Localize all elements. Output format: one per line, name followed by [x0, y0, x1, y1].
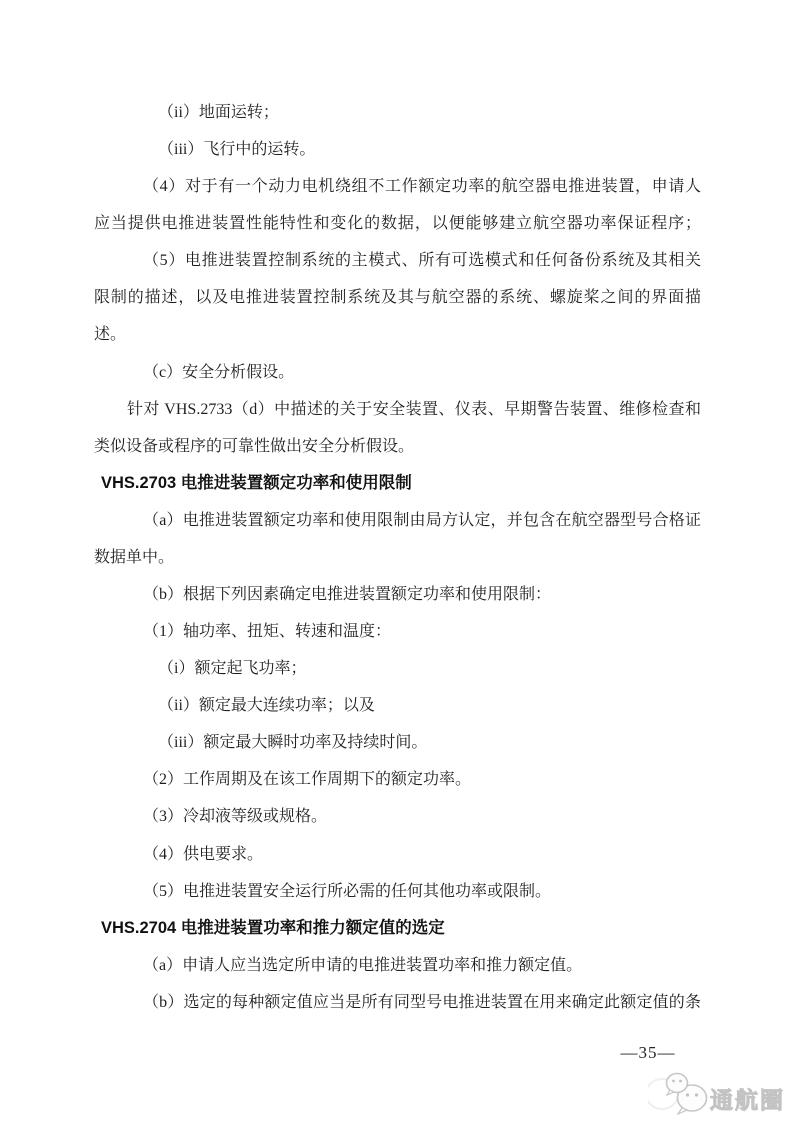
text-line: （b）选定的每种额定值应当是所有同型号电推进装置在用来确定此额定值的条 [94, 984, 701, 1021]
text-line: （iii）飞行中的运转。 [94, 131, 701, 168]
text-line: （ii）地面运转； [94, 94, 701, 131]
text-line: 述。 [94, 316, 701, 353]
text-line: （1）轴功率、扭矩、转速和温度： [94, 613, 701, 650]
text-line: （iii）额定最大瞬时功率及持续时间。 [94, 724, 701, 761]
text-line: 类似设备或程序的可靠性做出安全分析假设。 [94, 428, 701, 465]
chat-bubbles-icon [648, 1058, 710, 1120]
text-line: （c）安全分析假设。 [94, 354, 701, 391]
text-line: （i）额定起飞功率； [94, 650, 701, 687]
text-line: （ii）额定最大连续功率；以及 [94, 687, 701, 724]
text-line: 针对 VHS.2733（d）中描述的关于安全装置、仪表、早期警告装置、维修检查和 [94, 391, 701, 428]
section-heading: VHS.2703 电推进装置额定功率和使用限制 [94, 465, 701, 502]
text-line: （4）对于有一个动力电机绕组不工作额定功率的航空器电推进装置，申请人 [94, 168, 701, 205]
text-line: 限制的描述，以及电推进装置控制系统及其与航空器的系统、螺旋桨之间的界面描 [94, 279, 701, 316]
section-heading: VHS.2704 电推进装置功率和推力额定值的选定 [94, 910, 701, 947]
text-line: 数据单中。 [94, 539, 701, 576]
document-page: { "page": { "number_label": "—35—" }, "c… [0, 0, 800, 1131]
watermark-text: 通航圈 [710, 1082, 785, 1115]
text-line: （4）供电要求。 [94, 836, 701, 873]
text-line: （2）工作周期及在该工作周期下的额定功率。 [94, 761, 701, 798]
text-line: 应当提供电推进装置性能特性和变化的数据，以便能够建立航空器功率保证程序； [94, 205, 701, 242]
text-line: （3）冷却液等级或规格。 [94, 798, 701, 835]
document-body: （ii）地面运转；（iii）飞行中的运转。（4）对于有一个动力电机绕组不工作额定… [94, 94, 701, 1021]
text-line: （a）电推进装置额定功率和使用限制由局方认定，并包含在航空器型号合格证 [94, 502, 701, 539]
text-line: （b）根据下列因素确定电推进装置额定功率和使用限制： [94, 576, 701, 613]
watermark: 通航圈 [648, 1058, 798, 1120]
text-line: （5）电推进装置安全运行所必需的任何其他功率或限制。 [94, 873, 701, 910]
text-line: （5）电推进装置控制系统的主模式、所有可选模式和任何备份系统及其相关 [94, 242, 701, 279]
text-line: （a）申请人应当选定所申请的电推进装置功率和推力额定值。 [94, 947, 701, 984]
